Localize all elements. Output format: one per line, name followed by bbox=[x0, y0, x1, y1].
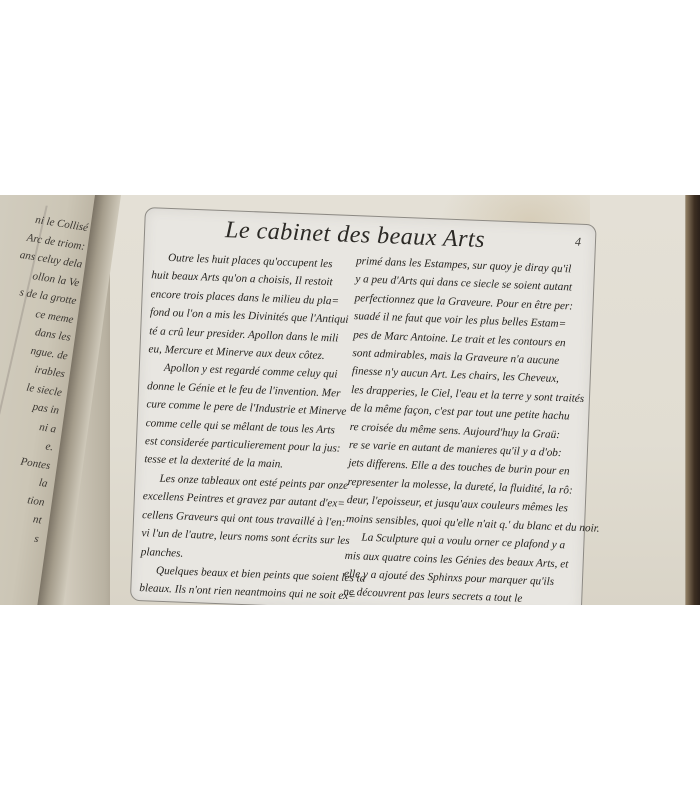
page-number: 4 bbox=[575, 235, 582, 250]
right-text-column: primé dans les Estampes, sur quoy je dir… bbox=[343, 252, 588, 605]
plate-title: Le cabinet des beaux Arts bbox=[225, 217, 486, 254]
book-binding-edge bbox=[686, 195, 700, 605]
engraved-plate: Le cabinet des beaux Arts 4 Outre les hu… bbox=[130, 207, 597, 605]
left-text-column: Outre les huit places qu'occupent les hu… bbox=[139, 248, 352, 605]
book-photo: ni le Collisé Arc de triom: ans celuy de… bbox=[0, 195, 700, 605]
